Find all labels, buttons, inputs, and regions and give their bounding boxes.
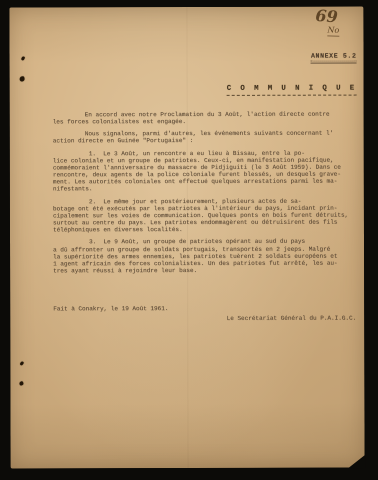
handwritten-page-number: 69: [315, 8, 338, 25]
paragraph-intro: En accord avec notre Proclamation du 3 A…: [53, 111, 360, 126]
paragraph-announcement: Nous signalons, parmi d'autres, les évén…: [53, 130, 360, 145]
document-body: En accord avec notre Proclamation du 3 A…: [53, 111, 361, 323]
ink-mark-top-1: [21, 56, 25, 61]
communique-title: C O M M U N I Q U E: [227, 85, 357, 96]
ink-mark-top-2: [19, 76, 25, 82]
paragraph-item-2: 2. Le même jour et postérieurement, plus…: [53, 197, 360, 234]
signature: Le Secrétariat Général du P.A.I.G.C.: [53, 315, 360, 323]
handwritten-annotation: No: [327, 26, 339, 36]
scanner-background: 69 No ANNEXE 5.2 C O M M U N I Q U E En …: [0, 0, 378, 480]
annexe-label: ANNEXE 5.2: [311, 53, 357, 64]
torn-corner: [348, 455, 366, 469]
dateline: Fait à Conakry, le 19 Août 1961.: [53, 305, 360, 313]
ink-mark-bottom-1: [20, 361, 25, 366]
document-page: 69 No ANNEXE 5.2 C O M M U N I Q U E En …: [9, 7, 364, 469]
paragraph-item-3: 3. Le 9 Août, un groupe de patriotes opé…: [53, 238, 360, 275]
ink-mark-bottom-2: [19, 381, 24, 386]
paragraph-item-1: 1. Le 3 Août, un rencontre a eu lieu à B…: [53, 149, 360, 193]
